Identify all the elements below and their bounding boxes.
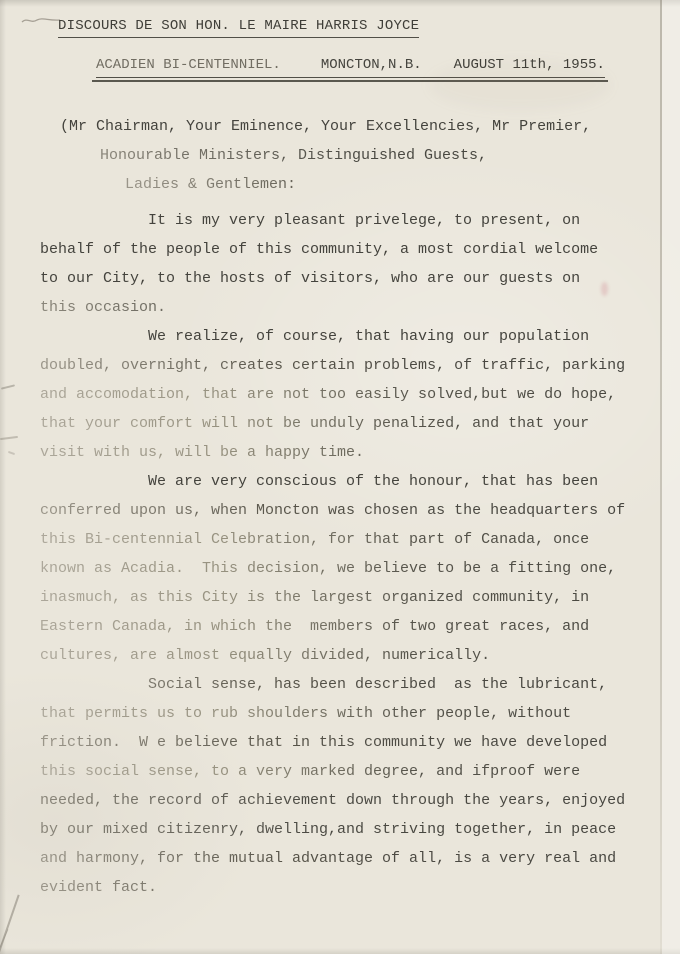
- salutation-block: (Mr Chairman, Your Eminence, Your Excell…: [0, 112, 680, 199]
- pencil-margin-mark: [8, 451, 15, 455]
- salutation-line: Ladies & Gentlemen:: [125, 170, 680, 199]
- pencil-margin-mark: [1, 384, 15, 389]
- speech-line: this occasion.: [40, 293, 646, 322]
- speech-line: known as Acadia. This decision, we belie…: [40, 554, 646, 583]
- paper-crease-line: [0, 895, 19, 954]
- speech-line: to our City, to the hosts of visitors, w…: [40, 264, 646, 293]
- speech-line: inasmuch, as this City is the largest or…: [40, 583, 646, 612]
- salutation-line: (Mr Chairman, Your Eminence, Your Excell…: [60, 112, 680, 141]
- speech-document-scan: DISCOURS DE SON HON. LE MAIRE HARRIS JOY…: [0, 0, 680, 954]
- pink-ink-smudge: [601, 282, 608, 296]
- speech-line: this social sense, to a very marked degr…: [40, 757, 646, 786]
- speech-line: We are very conscious of the honour, tha…: [40, 467, 646, 496]
- speech-line: cultures, are almost equally divided, nu…: [40, 641, 646, 670]
- document-title: DISCOURS DE SON HON. LE MAIRE HARRIS JOY…: [58, 18, 419, 38]
- speech-line: It is my very pleasant privelege, to pre…: [40, 206, 646, 235]
- speech-line: and harmony, for the mutual advantage of…: [40, 844, 646, 873]
- speech-line: evident fact.: [40, 873, 646, 902]
- speech-line: and accomodation, that are not too easil…: [40, 380, 646, 409]
- paragraph: It is my very pleasant privelege, to pre…: [40, 206, 646, 322]
- paper-edge-strip: [662, 0, 680, 954]
- speech-line: by our mixed citizenry, dwelling,and str…: [40, 815, 646, 844]
- paragraph: We are very conscious of the honour, tha…: [40, 467, 646, 670]
- pen-scribble-mark: [20, 13, 62, 29]
- speech-line: that permits us to rub shoulders with ot…: [40, 699, 646, 728]
- subtitle-place: MONCTON,N.B.: [321, 57, 422, 73]
- speech-line: conferred upon us, when Moncton was chos…: [40, 496, 646, 525]
- speech-line: that your comfort will not be unduly pen…: [40, 409, 646, 438]
- paragraph: Social sense, has been described as the …: [40, 670, 646, 902]
- speech-line: visit with us, will be a happy time.: [40, 438, 646, 467]
- speech-line: Social sense, has been described as the …: [40, 670, 646, 699]
- speech-line: doubled, overnight, creates certain prob…: [40, 351, 646, 380]
- subtitle-event: ACADIEN BI-CENTENNIEL.: [96, 57, 281, 73]
- salutation-line: Honourable Ministers, Distinguished Gues…: [100, 141, 680, 170]
- speech-line: this Bi-centennial Celebration, for that…: [40, 525, 646, 554]
- pencil-margin-mark: [0, 436, 18, 440]
- speech-line: behalf of the people of this community, …: [40, 235, 646, 264]
- paper-stain: [430, 60, 610, 110]
- speech-line: needed, the record of achievement down t…: [40, 786, 646, 815]
- speech-body: It is my very pleasant privelege, to pre…: [40, 206, 646, 902]
- document-header: DISCOURS DE SON HON. LE MAIRE HARRIS JOY…: [58, 16, 419, 38]
- paragraph: We realize, of course, that having our p…: [40, 322, 646, 467]
- speech-line: Eastern Canada, in which the members of …: [40, 612, 646, 641]
- speech-line: We realize, of course, that having our p…: [40, 322, 646, 351]
- speech-line: friction. W e believe that in this commu…: [40, 728, 646, 757]
